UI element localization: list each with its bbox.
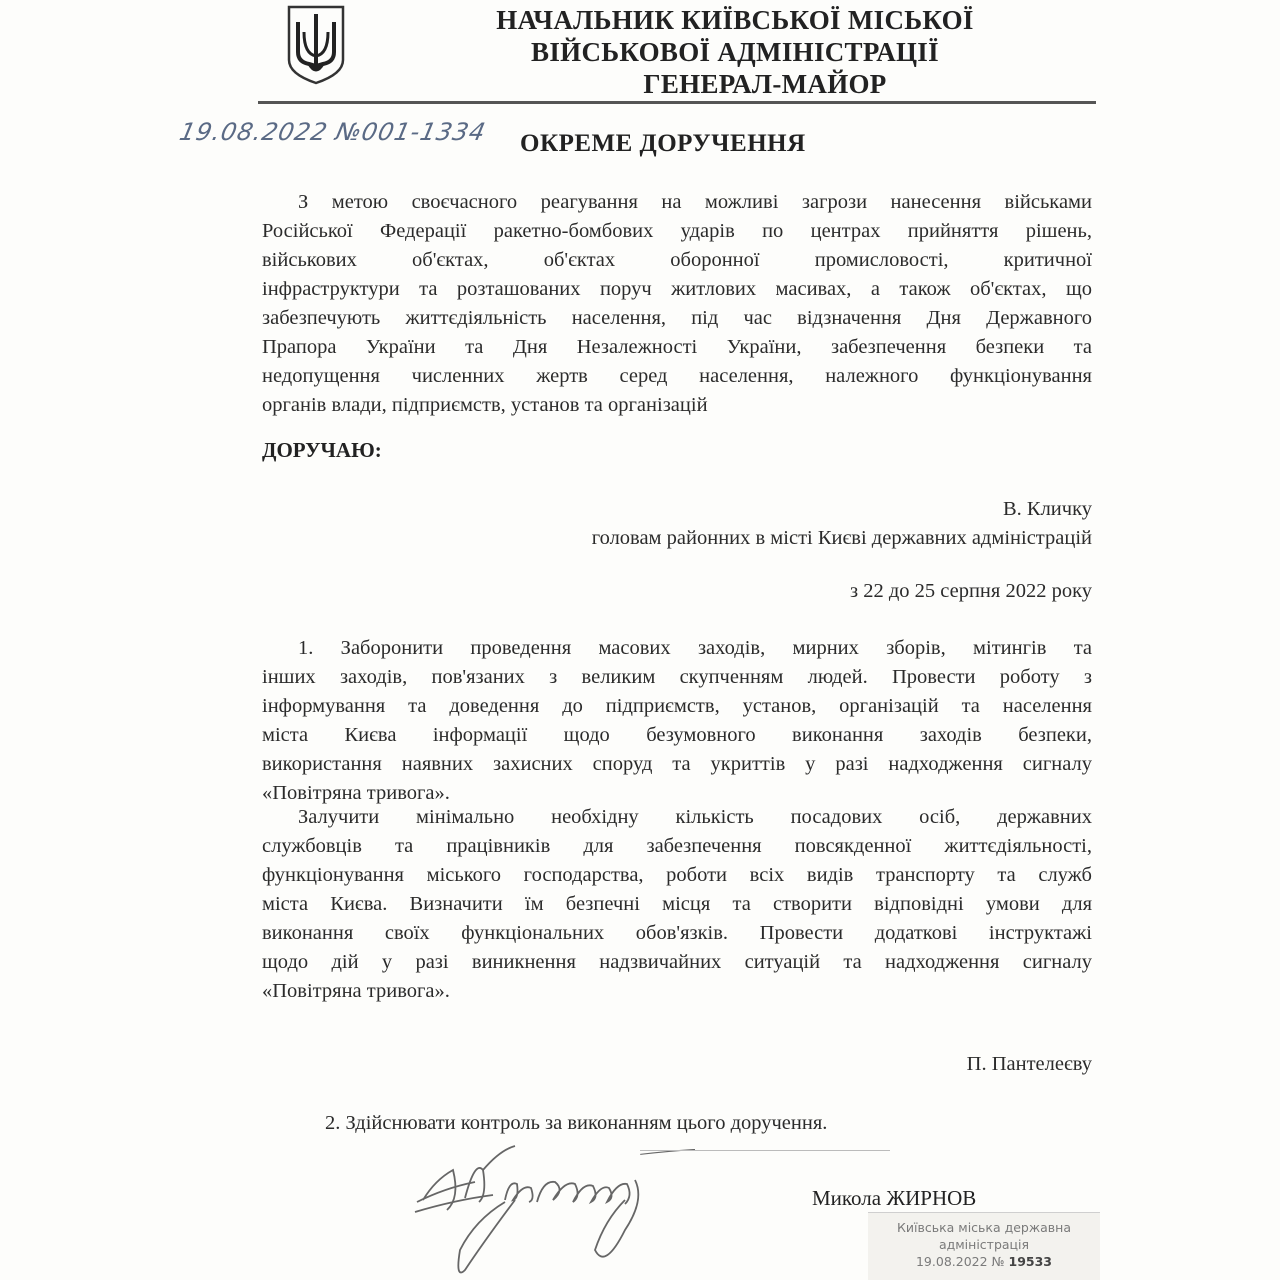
signer-name: Микола ЖИРНОВ (812, 1186, 976, 1211)
issuer-heading-line: ГЕНЕРАЛ-МАЙОР (370, 68, 1100, 100)
text-line: інформування та доведення до підприємств… (262, 692, 1092, 721)
instruct-heading: ДОРУЧАЮ: (262, 438, 382, 463)
handwritten-registration-number: 19.08.2022 №001-1334 (177, 118, 489, 146)
item-1-paragraph: 1. Заборонити проведення масових заходів… (262, 634, 1092, 808)
addressee-klitschko: В. Кличку (1003, 498, 1092, 521)
text-line: щодо дій у разі виникнення надзвичайних … (262, 948, 1092, 977)
stamp-number: 19533 (1009, 1254, 1053, 1269)
stamp-date: 19.08.2022 № (916, 1254, 1005, 1269)
text-line: забезпечують життєдіяльність населення, … (262, 304, 1092, 333)
header-divider (258, 101, 1096, 104)
text-line: З метою своєчасного реагування на можлив… (262, 188, 1092, 217)
issuer-heading-line: НАЧАЛЬНИК КИЇВСЬКОЇ МІСЬКОЇ (370, 4, 1100, 36)
text-line: міста Києва інформації щодо безумовного … (262, 721, 1092, 750)
text-line: органів влади, підприємств, установ та о… (262, 391, 1092, 420)
text-line: використання наявних захисних споруд та … (262, 750, 1092, 779)
issuer-heading: НАЧАЛЬНИК КИЇВСЬКОЇ МІСЬКОЇ ВІЙСЬКОВОЇ А… (370, 4, 1100, 100)
text-line: Залучити мінімально необхідну кількість … (262, 803, 1092, 832)
text-line: міста Києва. Визначити їм безпечні місця… (262, 890, 1092, 919)
handwritten-signature (405, 1140, 695, 1280)
document-title: ОКРЕМЕ ДОРУЧЕННЯ (520, 130, 806, 158)
text-line: недопущення численних жертв серед населе… (262, 362, 1092, 391)
addressee-panteleev: П. Пантелеєву (967, 1053, 1092, 1076)
text-line: Прапора України та Дня Незалежності Укра… (262, 333, 1092, 362)
text-line: 1. Заборонити проведення масових заходів… (262, 634, 1092, 663)
addressee-district-heads: головам районних в місті Києві державних… (592, 527, 1092, 550)
text-line: інших заходів, пов'язаних з великим скуп… (262, 663, 1092, 692)
text-line: службовців та працівників для забезпечен… (262, 832, 1092, 861)
item-2-text: 2. Здійснювати контроль за виконанням ць… (325, 1112, 827, 1135)
text-line: «Повітряна тривога». (262, 977, 1092, 1006)
text-line: Російської Федерації ракетно-бомбових уд… (262, 217, 1092, 246)
stamp-org-line: Київська міська державна (868, 1219, 1100, 1236)
preamble-paragraph: З метою своєчасного реагування на можлив… (262, 188, 1092, 420)
stamp-org-line: адміністрація (868, 1236, 1100, 1253)
signature-line (640, 1150, 890, 1151)
registration-stamp: Київська міська державна адміністрація 1… (868, 1212, 1100, 1280)
period-text: з 22 до 25 серпня 2022 року (850, 580, 1092, 603)
text-line: функціонування міського господарства, ро… (262, 861, 1092, 890)
text-line: військових об'єктах, об'єктах оборонної … (262, 246, 1092, 275)
item-1b-paragraph: Залучити мінімально необхідну кількість … (262, 803, 1092, 1006)
issuer-heading-line: ВІЙСЬКОВОЇ АДМІНІСТРАЦІЇ (370, 36, 1100, 68)
text-line: виконання своїх функціональних обов'язкі… (262, 919, 1092, 948)
stamp-date-line: 19.08.2022 № 19533 (868, 1253, 1100, 1270)
coat-of-arms-icon (285, 4, 347, 84)
text-line: інфраструктури та розташованих поруч жит… (262, 275, 1092, 304)
